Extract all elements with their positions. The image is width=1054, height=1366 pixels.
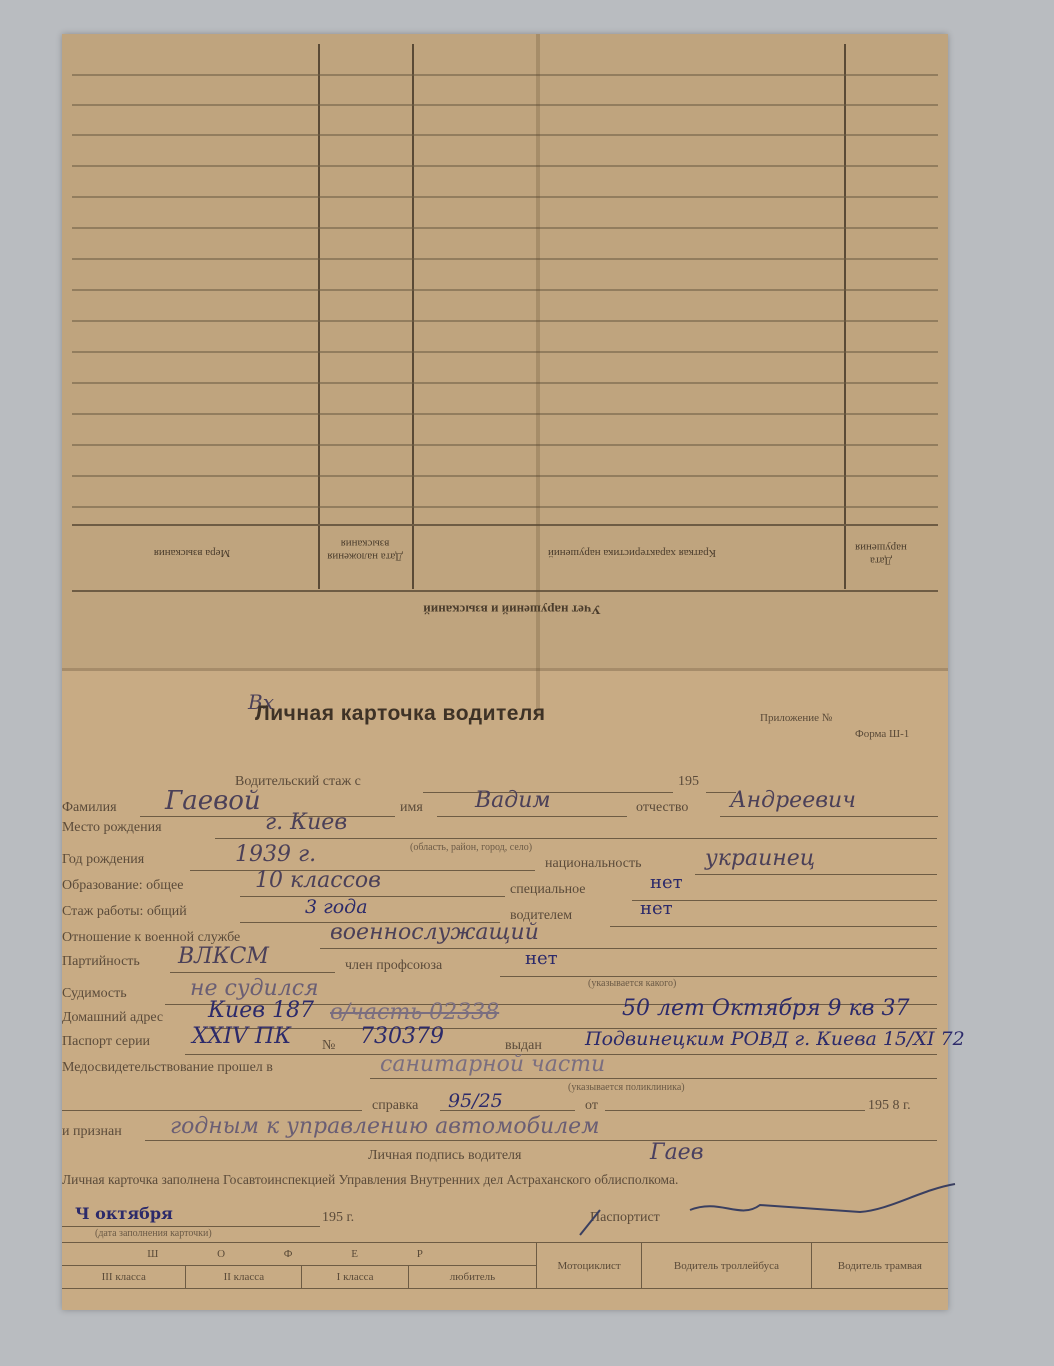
passport-issued-value: Подвинецким РОВД г. Киева 15/XI 72	[585, 1028, 965, 1050]
passport-number-value: 730379	[360, 1024, 444, 1049]
header-line	[72, 590, 938, 592]
col-tram: Водитель трамвая	[811, 1243, 948, 1289]
home-address-struck: в/часть 02338	[330, 1000, 499, 1025]
birthplace-value: г. Киев	[265, 810, 347, 835]
fold-crease	[62, 668, 948, 671]
ruled-line	[72, 413, 938, 415]
party-value: ВЛКСМ	[178, 944, 269, 969]
ruled-line	[72, 74, 938, 76]
union-value: нет	[525, 948, 558, 969]
medical-label: Медосвидетельствование прошел в	[62, 1060, 273, 1076]
ruled-line	[72, 227, 938, 229]
field-underline	[170, 972, 335, 973]
field-underline	[215, 838, 937, 839]
field-underline	[440, 1110, 575, 1111]
certificate-year: 195 8 г.	[868, 1098, 911, 1114]
driver-class-table: Ш О Ф Е Р Мотоциклист Водитель троллейбу…	[62, 1242, 948, 1289]
education-special-value: нет	[650, 872, 683, 893]
fill-date-year: 195 г.	[322, 1210, 354, 1226]
inspector-signature	[560, 1180, 960, 1240]
field-underline	[62, 1110, 362, 1111]
header-violation-date: Дата нарушения	[846, 540, 916, 566]
field-underline	[500, 976, 937, 977]
education-special-label: специальное	[510, 882, 586, 898]
ruled-line	[72, 506, 938, 508]
ruled-line	[72, 258, 938, 260]
party-label: Партийность	[62, 954, 140, 970]
col-trolleybus: Водитель троллейбуса	[642, 1243, 812, 1289]
as-driver-value: нет	[640, 898, 673, 919]
appendix-label: Приложение №	[760, 712, 832, 724]
birthplace-hint: (область, район, город, село)	[410, 842, 532, 853]
ruled-line	[72, 104, 938, 106]
birth-year-value: 1939 г.	[235, 842, 316, 867]
header-penalty-date: Дата наложения взыскания	[320, 536, 410, 562]
ruled-line	[72, 289, 938, 291]
form-label: Форма Ш-1	[855, 728, 909, 740]
home-address-value: Киев 187	[208, 998, 314, 1023]
medical-hint: (указывается поликлиника)	[568, 1082, 685, 1093]
field-underline	[370, 1078, 937, 1079]
field-underline	[720, 816, 938, 817]
union-label: член профсоюза	[345, 958, 442, 974]
header-violation-description: Краткая характеристика нарушений	[482, 546, 782, 559]
ruled-line	[72, 382, 938, 384]
signature-label: Личная подпись водителя	[368, 1148, 521, 1164]
fill-date-hint: (дата заполнения карточки)	[95, 1228, 212, 1239]
chauffeur-group-header: Ш О Ф Е Р	[62, 1243, 537, 1266]
field-underline	[632, 900, 937, 901]
patronymic-label: отчество	[636, 800, 688, 816]
field-underline	[320, 948, 937, 949]
field-underline	[240, 896, 505, 897]
passport-number-label: №	[322, 1038, 335, 1054]
driver-signature: Гаев	[650, 1140, 704, 1165]
passport-series-label: Паспорт серии	[62, 1034, 150, 1050]
ruled-line	[72, 196, 938, 198]
birth-year-label: Год рождения	[62, 852, 144, 868]
fold-crease	[536, 34, 540, 714]
field-underline	[610, 926, 937, 927]
home-address-label: Домашний адрес	[62, 1010, 163, 1026]
field-underline	[437, 816, 627, 817]
military-value: военнослужащий	[330, 920, 539, 945]
col-amateur: любитель	[408, 1266, 536, 1289]
card-title: Личная карточка водителя	[255, 702, 546, 726]
nationality-value: украинец	[705, 846, 815, 871]
recognized-label: и признан	[62, 1124, 122, 1140]
certificate-label: справка	[372, 1098, 418, 1114]
patronymic-value: Андреевич	[730, 788, 856, 813]
reverse-side-panel: Мера взыскания Дата наложения взыскания …	[62, 34, 948, 668]
col-class-2: II класса	[186, 1266, 302, 1289]
ruled-line	[72, 351, 938, 353]
work-experience-value: 3 года	[305, 896, 368, 918]
header-line	[72, 524, 938, 526]
name-value: Вадим	[475, 788, 551, 813]
surname-value: Гаевой	[165, 786, 261, 816]
education-general-label: Образование: общее	[62, 878, 183, 894]
year-prefix: 195	[678, 774, 699, 790]
col-class-1: I класса	[302, 1266, 409, 1289]
recognized-value: годным к управлению автомобилем	[170, 1114, 599, 1139]
reverse-section-title: Учет нарушений и взысканий	[362, 602, 662, 618]
surname-label: Фамилия	[62, 800, 117, 816]
certificate-value: 95/25	[448, 1090, 503, 1112]
field-underline	[145, 1140, 937, 1141]
ruled-line	[72, 320, 938, 322]
ruled-line	[72, 134, 938, 136]
medical-value: санитарной части	[380, 1052, 605, 1077]
birthplace-label: Место рождения	[62, 820, 162, 836]
col-class-3: III класса	[62, 1266, 186, 1289]
fill-date-value: Ч октября	[75, 1204, 173, 1223]
ruled-line	[72, 444, 938, 446]
certificate-date-label: от	[585, 1098, 598, 1114]
ruled-line	[72, 165, 938, 167]
home-address-value-2: 50 лет Октября 9 кв 37	[622, 996, 909, 1021]
field-underline	[62, 1226, 320, 1227]
passport-series-value: XXIV ПК	[192, 1024, 291, 1049]
conviction-label: Судимость	[62, 986, 127, 1002]
ruled-line	[72, 475, 938, 477]
name-label: имя	[400, 800, 423, 816]
nationality-label: национальность	[545, 856, 641, 872]
work-experience-label: Стаж работы: общий	[62, 904, 187, 920]
education-general-value: 10 классов	[255, 868, 381, 893]
field-underline	[605, 1110, 865, 1111]
col-motorcyclist: Мотоциклист	[537, 1243, 642, 1289]
header-penalty: Мера взыскания	[112, 546, 272, 559]
field-underline	[695, 874, 937, 875]
union-hint: (указывается какого)	[588, 978, 676, 989]
